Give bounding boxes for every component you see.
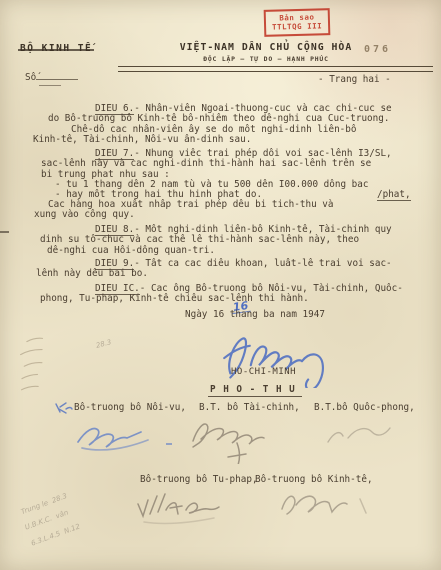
pencil-signature-icon bbox=[130, 488, 245, 528]
archive-stamp: Bản sao TTLTQG III bbox=[264, 8, 331, 37]
article-7-extra: Cac hàng hoa xuât nhâp trai phép dêu bi … bbox=[33, 200, 333, 221]
stamp-line2: TTLTQG III bbox=[266, 21, 328, 32]
interior-minister-signature bbox=[72, 420, 164, 454]
article-text: - Tât ca cac diêu khoan, luât-lê trai vo… bbox=[134, 258, 391, 269]
ministry-name-struck: BỘ KINH TẾ bbox=[20, 44, 92, 54]
article-line: lênh này dêu bai bo. bbox=[36, 269, 392, 279]
sign-mark-icon bbox=[52, 401, 74, 415]
article-line: phong, Tu-phap, Kinh-tê chiêu sac-lênh t… bbox=[40, 294, 403, 304]
minister-justice-label: Bô-truong bô Tu-phap, bbox=[140, 475, 258, 485]
sign-here-mark bbox=[52, 401, 74, 415]
margin-correction-phat: /phat, bbox=[377, 190, 411, 201]
so-blank-line2 bbox=[39, 85, 61, 86]
pencil-scribble-icon bbox=[8, 328, 86, 397]
blue-ink-dash bbox=[166, 443, 172, 445]
pencil-signature-icon bbox=[272, 484, 380, 526]
article-8: DIEU 8.- Môt nghi-dinh liên-bô Kinh-tê, … bbox=[33, 225, 392, 256]
national-motto: ĐỘC LẬP – TỰ DO – HẠNH PHÚC bbox=[168, 55, 364, 63]
margin-date-annotation: 28.3 bbox=[95, 338, 112, 351]
ho-chi-minh-signature-icon bbox=[216, 324, 344, 388]
article-line: xung vào công quy. bbox=[34, 210, 333, 220]
blue-signature-icon bbox=[72, 420, 164, 454]
pencil-signature-icon bbox=[185, 414, 290, 464]
so-label: Số bbox=[25, 72, 36, 83]
finance-minister-signature bbox=[185, 414, 290, 464]
margin-scribble-notes bbox=[8, 328, 86, 397]
faint-pencil-signature-icon bbox=[320, 420, 412, 452]
minister-interior-label: Bô-truong bô Nôi-vu, bbox=[74, 403, 186, 413]
signer-name: HO-CHI-MINH bbox=[231, 367, 296, 377]
article-line: Kinh-tê, Tài-chinh, Nôi-vu ân-dinh sau. bbox=[33, 135, 392, 145]
defense-minister-signature bbox=[320, 420, 412, 452]
countersign-heading: P H O - T H U bbox=[208, 384, 302, 397]
page-label: - Trang hai - bbox=[318, 75, 391, 85]
article-7: DIEU 7.- Nhung viêc trai phép dôi voi sa… bbox=[33, 149, 392, 200]
article-line: dê-nghi cua Hôi-dông quan-tri. bbox=[47, 246, 392, 256]
minister-finance-label: B.T. bô Tài-chinh, bbox=[199, 403, 300, 413]
justice-minister-signature bbox=[130, 488, 245, 528]
article-6: DIEU 6.- Nhân-viên Ngoai-thuong-cuc và c… bbox=[33, 104, 392, 145]
header-rule bbox=[118, 66, 433, 72]
article-9: DIEU 9.- Tât ca cac diêu khoan, luât-lê … bbox=[33, 259, 392, 280]
page-number: 076 bbox=[364, 45, 391, 55]
date-line: Ngày 16 thang ba nam 1947 bbox=[185, 310, 325, 320]
article-10: DIEU IC.- Cac ông Bô-truong bô Nôi-vu, T… bbox=[33, 284, 403, 305]
scan-speck bbox=[0, 231, 9, 233]
document-page: Bản sao TTLTQG III BỘ KINH TẾ VIỆT-NAM D… bbox=[0, 0, 441, 570]
minister-defense-label: B.T.bô Quôc-phong, bbox=[314, 403, 415, 413]
ho-chi-minh-signature bbox=[216, 324, 344, 388]
national-title: VIỆT-NAM DÂN CHỦ CỘNG HÒA bbox=[168, 42, 364, 53]
economy-minister-signature bbox=[272, 484, 380, 526]
document-number-label: Số bbox=[25, 71, 78, 83]
so-blank-line bbox=[36, 71, 78, 80]
